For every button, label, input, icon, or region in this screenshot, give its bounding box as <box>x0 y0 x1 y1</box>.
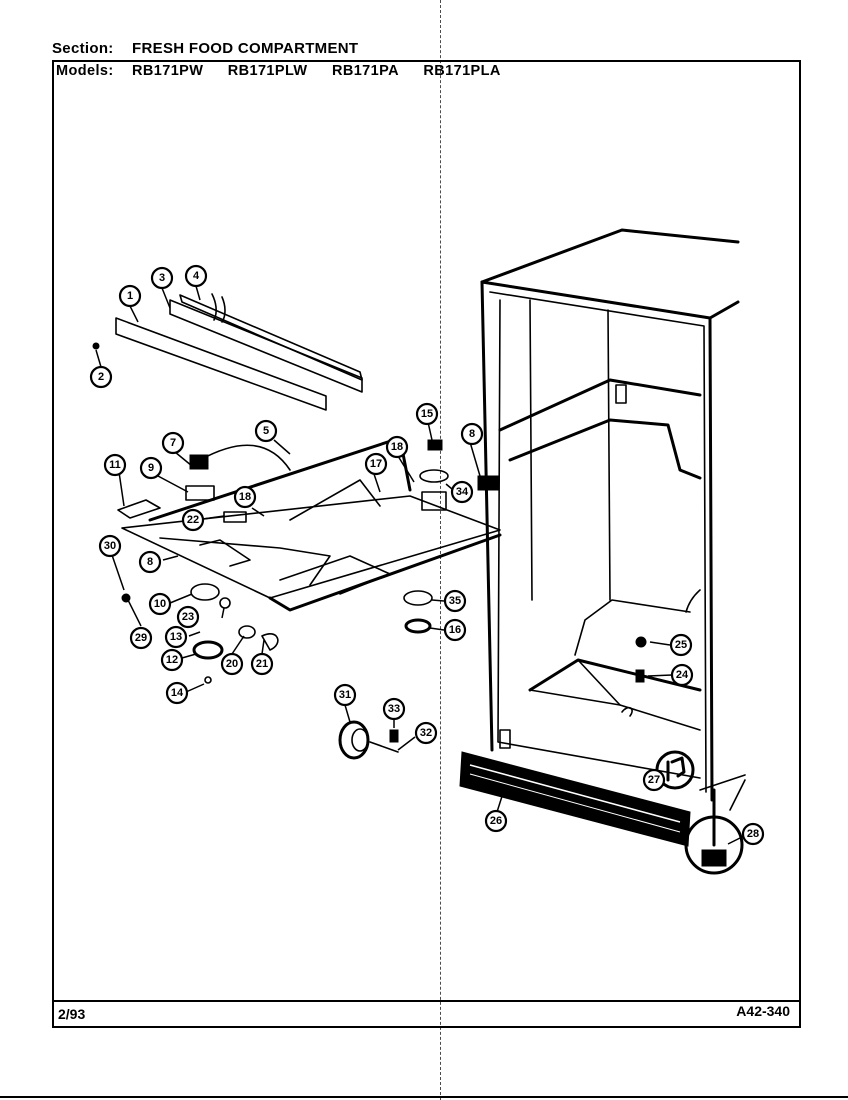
svg-text:27: 27 <box>648 774 660 786</box>
svg-text:1: 1 <box>127 290 133 302</box>
svg-text:29: 29 <box>135 632 147 644</box>
svg-text:11: 11 <box>109 459 121 471</box>
callout-24: 24 <box>672 665 692 685</box>
svg-text:15: 15 <box>421 408 433 420</box>
svg-text:5: 5 <box>263 425 269 437</box>
svg-text:13: 13 <box>170 631 182 643</box>
callout-12: 12 <box>162 650 182 670</box>
callout-18-lower: 18 <box>235 487 255 507</box>
svg-text:20: 20 <box>226 658 238 670</box>
svg-text:33: 33 <box>388 703 400 715</box>
callout-29: 29 <box>131 628 151 648</box>
svg-text:16: 16 <box>449 624 461 636</box>
svg-text:22: 22 <box>187 514 199 526</box>
refrigerator-cabinet <box>482 230 745 800</box>
svg-text:8: 8 <box>469 428 475 440</box>
callout-17: 17 <box>366 454 386 474</box>
callout-18-upper: 18 <box>387 437 407 457</box>
callout-31: 31 <box>335 685 355 705</box>
svg-text:18: 18 <box>239 491 251 503</box>
footer-divider <box>52 1000 801 1002</box>
svg-text:28: 28 <box>747 828 759 840</box>
callout-35: 35 <box>445 591 465 611</box>
control-housing-tray <box>118 438 500 610</box>
svg-text:21: 21 <box>256 658 268 670</box>
callout-7: 7 <box>163 433 183 453</box>
svg-text:23: 23 <box>182 611 194 623</box>
callout-21: 21 <box>252 654 272 674</box>
callout-20: 20 <box>222 654 242 674</box>
svg-text:9: 9 <box>148 462 154 474</box>
callout-1: 1 <box>120 286 140 306</box>
callout-5: 5 <box>256 421 276 441</box>
callout-3: 3 <box>152 268 172 288</box>
svg-text:18: 18 <box>391 441 403 453</box>
callout-23: 23 <box>178 607 198 627</box>
svg-text:2: 2 <box>98 371 104 383</box>
callout-22: 22 <box>183 510 203 530</box>
callout-10: 10 <box>150 594 170 614</box>
svg-text:8: 8 <box>147 556 153 568</box>
svg-text:24: 24 <box>676 669 689 681</box>
callout-9: 9 <box>141 458 161 478</box>
exploded-parts-drawing: 1 2 3 4 5 7 8 9 11 8 10 23 13 12 14 15 1… <box>0 0 848 1100</box>
svg-text:32: 32 <box>420 727 432 739</box>
callout-25: 25 <box>671 635 691 655</box>
page-bottom-rule <box>0 1096 848 1098</box>
leveling-leg-detail <box>686 780 745 873</box>
callout-26: 26 <box>486 811 506 831</box>
callout-32: 32 <box>416 723 436 743</box>
svg-text:25: 25 <box>675 639 687 651</box>
callout-34: 34 <box>452 482 472 502</box>
callout-14: 14 <box>167 683 187 703</box>
callout-30: 30 <box>100 536 120 556</box>
svg-text:35: 35 <box>449 595 461 607</box>
lamp-assembly <box>340 722 398 758</box>
callout-33: 33 <box>384 699 404 719</box>
callout-11: 11 <box>105 455 125 475</box>
callout-8-lower: 8 <box>140 552 160 572</box>
svg-text:31: 31 <box>339 689 351 701</box>
callout-4: 4 <box>186 266 206 286</box>
svg-text:34: 34 <box>456 486 469 498</box>
callout-2: 2 <box>91 367 111 387</box>
date-code: 2/93 <box>58 1006 85 1022</box>
svg-text:12: 12 <box>166 654 178 666</box>
svg-text:30: 30 <box>104 540 116 552</box>
svg-text:3: 3 <box>159 272 165 284</box>
callout-27: 27 <box>644 770 664 790</box>
callout-13: 13 <box>166 627 186 647</box>
svg-text:4: 4 <box>193 270 200 282</box>
svg-text:14: 14 <box>171 687 184 699</box>
svg-text:10: 10 <box>154 598 166 610</box>
svg-text:7: 7 <box>170 437 176 449</box>
callout-28: 28 <box>743 824 763 844</box>
callout-16: 16 <box>445 620 465 640</box>
svg-text:17: 17 <box>370 458 382 470</box>
svg-text:26: 26 <box>490 815 502 827</box>
callout-8-upper: 8 <box>462 424 482 444</box>
document-number: A42-340 <box>736 1003 790 1019</box>
callout-15: 15 <box>417 404 437 424</box>
